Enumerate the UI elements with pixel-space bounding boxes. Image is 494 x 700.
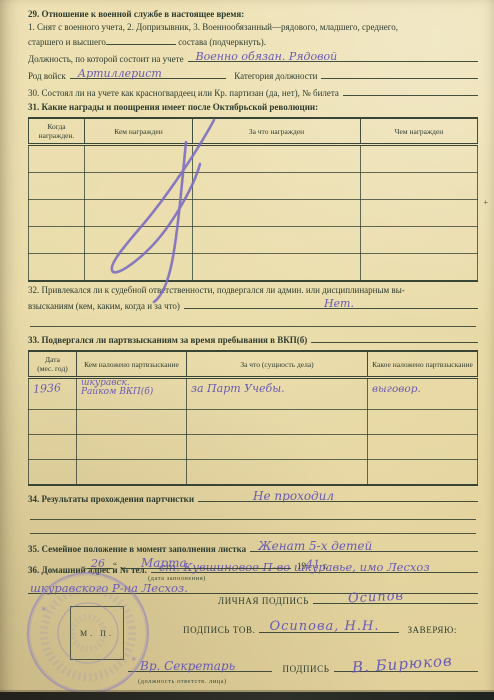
official-role-handwriting: Вр. Секретарь bbox=[140, 660, 235, 672]
item32-row: взысканиям (кем, каким, когда и за что) … bbox=[28, 296, 478, 313]
cell bbox=[29, 254, 85, 282]
penalty-col-date: Дата(мес. год) bbox=[29, 351, 77, 378]
awards-header-row: Когда награжден. Кем награжден За что на… bbox=[29, 118, 478, 145]
category-label: Категория должности bbox=[234, 69, 317, 83]
official-role-blank: Вр. Секретарь bbox=[128, 659, 272, 672]
cell bbox=[187, 410, 368, 435]
penalty-reason-cell: за Парт Учебы. bbox=[187, 378, 368, 410]
podpis-blank: В. Бирюков bbox=[334, 659, 478, 672]
troops-row: Род войск Артиллерист Категория должност… bbox=[28, 66, 478, 83]
penalty-col-what: Какое наложено партвзыскание bbox=[368, 351, 478, 378]
penalty-empty-row bbox=[29, 460, 478, 486]
awards-empty-row bbox=[29, 254, 478, 282]
category-blank bbox=[321, 66, 478, 79]
fill-date-row: „ 26 “ Марта 19 41 г. bbox=[28, 556, 423, 573]
cell bbox=[193, 145, 361, 173]
penalty-reason-handwriting: за Парт Учебы. bbox=[191, 382, 285, 395]
fill-month-handwriting: Марта bbox=[141, 557, 187, 569]
official-role-row: Вр. Секретарь ПОДПИСЬ В. Бирюков bbox=[128, 659, 478, 676]
cell bbox=[29, 410, 77, 435]
troops-label: Род войск bbox=[28, 69, 66, 83]
fill-day-handwriting: 26 bbox=[91, 558, 105, 569]
ruled-line bbox=[30, 506, 476, 520]
cell bbox=[85, 200, 193, 227]
penalty-by-line2: Райком ВКП(б) bbox=[81, 388, 182, 397]
cell bbox=[187, 435, 368, 460]
margin-plus-mark: + bbox=[483, 198, 488, 207]
penalty-date-cell: 1936 bbox=[29, 378, 77, 410]
cell bbox=[193, 254, 361, 282]
penalty-what-handwriting: выговор. bbox=[372, 383, 421, 395]
cell bbox=[361, 254, 478, 282]
item32-blank: Нет. bbox=[184, 296, 478, 309]
rank-blank bbox=[106, 34, 176, 45]
item35-label: 35. Семейное положение в момент заполнен… bbox=[28, 542, 246, 556]
cell bbox=[29, 145, 85, 173]
cell bbox=[193, 200, 361, 227]
penalty-col-date-sub: (мес. год) bbox=[37, 364, 68, 373]
cell bbox=[29, 435, 77, 460]
form-content: 29. Отношение к военной службе в настоящ… bbox=[0, 0, 494, 594]
awards-empty-row bbox=[29, 200, 478, 227]
tov-signature-blank: Осипова, Н.Н. bbox=[259, 620, 399, 633]
cell bbox=[361, 227, 478, 254]
year-suffix: г. bbox=[323, 559, 328, 573]
item34-row: 34. Результаты прохождения партчистки Не… bbox=[28, 489, 478, 506]
cell bbox=[368, 410, 478, 435]
cell bbox=[187, 460, 368, 486]
fill-year-handwriting: 41 bbox=[306, 559, 320, 570]
scan-edge-strip bbox=[0, 692, 494, 700]
cell bbox=[77, 410, 187, 435]
stamp-place-box: М. П. bbox=[70, 606, 124, 660]
awards-col-by: Кем награжден bbox=[85, 118, 193, 145]
item29-options-line2-post: состава (подчеркнуть). bbox=[178, 37, 266, 47]
tov-signature-handwriting: Осипова, Н.Н. bbox=[269, 620, 379, 633]
item35-blank: Женат 5-х детей bbox=[250, 539, 478, 552]
position-blank: Военно обязан. Рядовой bbox=[188, 49, 478, 62]
podpis-label: ПОДПИСЬ bbox=[282, 662, 329, 676]
certify-label: ЗАВЕРЯЮ: bbox=[407, 623, 457, 637]
penalty-col-date-main: Дата bbox=[45, 355, 60, 364]
stamp-place-label: М. П. bbox=[80, 629, 114, 638]
cell bbox=[85, 173, 193, 200]
tov-signature-label: ПОДПИСЬ ТОВ. bbox=[183, 623, 255, 637]
item33-blank bbox=[311, 330, 478, 343]
awards-col-for: За что награжден bbox=[193, 118, 361, 145]
penalty-empty-row bbox=[29, 435, 478, 460]
cell bbox=[361, 173, 478, 200]
cell bbox=[85, 227, 193, 254]
penalty-date-handwriting: 1936 bbox=[33, 382, 62, 394]
cell bbox=[29, 460, 77, 486]
item34-handwriting: Не проходил bbox=[253, 490, 334, 502]
cell bbox=[29, 173, 85, 200]
position-row: Должность, по которой состоит на учете В… bbox=[28, 49, 478, 66]
item33-heading: 33. Подвергался ли партвзысканиям за вре… bbox=[28, 333, 307, 347]
cell bbox=[77, 435, 187, 460]
cell bbox=[361, 145, 478, 173]
penalty-what-cell: выговор. bbox=[368, 378, 478, 410]
cell bbox=[29, 200, 85, 227]
awards-empty-row bbox=[29, 227, 478, 254]
official-role-caption: (должность ответств. лица) bbox=[138, 678, 478, 686]
fill-date-caption: (дата заполнения) bbox=[148, 575, 478, 583]
awards-empty-row bbox=[29, 145, 478, 173]
cell bbox=[361, 200, 478, 227]
item33-heading-row: 33. Подвергался ли партвзысканиям за вре… bbox=[28, 330, 478, 347]
penalty-table: Дата(мес. год) Кем наложено партвзыскани… bbox=[28, 350, 478, 486]
item31-heading: 31. Какие награды и поощрения имеет посл… bbox=[28, 101, 478, 114]
item35-row: 35. Семейное положение в момент заполнен… bbox=[28, 539, 478, 556]
item34-label: 34. Результаты прохождения партчистки bbox=[28, 492, 194, 506]
close-quote: “ bbox=[113, 559, 117, 573]
podpis-handwriting: В. Бирюков bbox=[351, 654, 453, 676]
item30-text: 30. Состоял ли на учете как красногварде… bbox=[28, 86, 339, 100]
item32-handwriting: Нет. bbox=[324, 298, 354, 309]
cell bbox=[85, 254, 193, 282]
item29-options-line1: 1. Снят с военного учета, 2. Допризывник… bbox=[28, 21, 478, 34]
troops-handwriting: Артиллерист bbox=[78, 68, 162, 79]
item32-line2: взысканиям (кем, каким, когда и за что) bbox=[28, 300, 180, 313]
personal-signature-row: ЛИЧНАЯ ПОДПИСЬ Осипов bbox=[218, 591, 478, 608]
awards-empty-row bbox=[29, 173, 478, 200]
position-handwriting: Военно обязан. Рядовой bbox=[196, 51, 338, 62]
cell bbox=[29, 227, 85, 254]
position-label: Должность, по которой состоит на учете bbox=[28, 52, 184, 66]
fill-day-blank: 26 bbox=[87, 558, 113, 569]
ruled-line bbox=[30, 313, 476, 327]
penalty-col-by: Кем наложено партвзыскание bbox=[77, 351, 187, 378]
awards-col-when: Когда награжден. bbox=[29, 118, 85, 145]
troops-blank: Артиллерист bbox=[70, 66, 227, 79]
item35-handwriting: Женат 5-х детей bbox=[258, 540, 372, 552]
personal-signature-blank: Осипов bbox=[313, 591, 478, 604]
awards-col-what: Чем награжден bbox=[361, 118, 478, 145]
item30-row: 30. Состоял ли на учете как красногварде… bbox=[28, 83, 478, 100]
fill-month-blank: Марта bbox=[121, 556, 291, 569]
awards-table: Когда награжден. Кем награжден За что на… bbox=[28, 117, 478, 282]
item29-options-line2-pre: старшего и высшего bbox=[28, 37, 106, 47]
penalty-header-row: Дата(мес. год) Кем наложено партвзыскани… bbox=[29, 351, 478, 378]
tov-signature-row: ПОДПИСЬ ТОВ. Осипова, Н.Н. ЗАВЕРЯЮ: bbox=[183, 620, 478, 637]
personal-signature-label: ЛИЧНАЯ ПОДПИСЬ bbox=[218, 594, 309, 608]
penalty-col-for: За что (сущность дела) bbox=[187, 351, 368, 378]
penalty-row-1936: 1936 шкуравск.Райком ВКП(б) за Парт Учеб… bbox=[29, 378, 478, 410]
cell bbox=[368, 460, 478, 486]
ticket-number-blank bbox=[343, 83, 478, 96]
cell bbox=[193, 227, 361, 254]
scanned-form-page: 29. Отношение к военной службе в настоящ… bbox=[0, 0, 494, 700]
item34-blank: Не проходил bbox=[198, 489, 478, 502]
item29-heading: 29. Отношение к военной службе в настоящ… bbox=[28, 8, 478, 21]
ruled-line bbox=[30, 520, 476, 534]
penalty-by-cell: шкуравск.Райком ВКП(б) bbox=[77, 378, 187, 410]
personal-signature-handwriting: Осипов bbox=[348, 590, 405, 606]
cell bbox=[368, 435, 478, 460]
year-prefix: 19 bbox=[297, 559, 306, 573]
item32-line1: 32. Привлекался ли к судебной ответствен… bbox=[28, 284, 478, 296]
cell bbox=[193, 173, 361, 200]
penalty-by-line1: шкуравск. bbox=[81, 379, 182, 388]
cell bbox=[85, 145, 193, 173]
item29-options-line2: старшего и высшего состава (подчеркнуть)… bbox=[28, 34, 478, 49]
cell bbox=[77, 460, 187, 486]
penalty-empty-row bbox=[29, 410, 478, 435]
